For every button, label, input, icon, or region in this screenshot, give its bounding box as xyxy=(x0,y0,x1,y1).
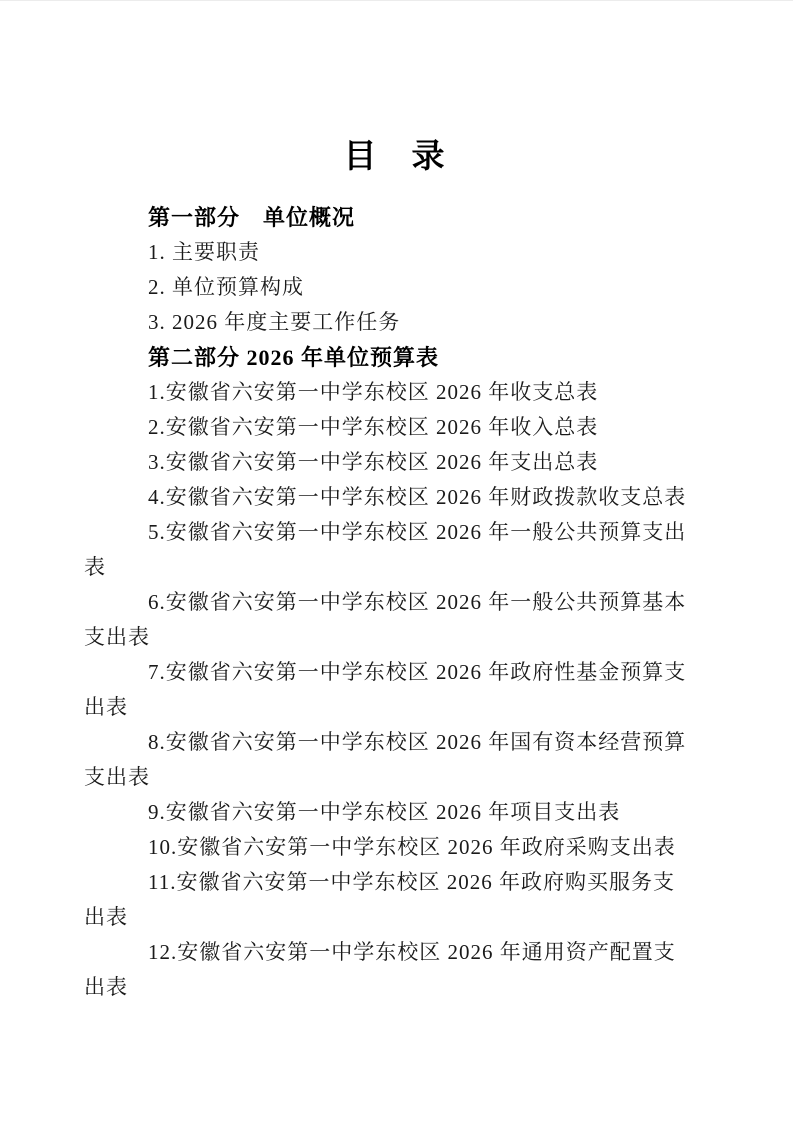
toc-line: 12.安徽省六安第一中学东校区 2026 年通用资产配置支 xyxy=(84,935,705,970)
toc-line: 支出表 xyxy=(84,620,705,655)
toc-item: 3.安徽省六安第一中学东校区 2026 年支出总表 xyxy=(84,445,705,480)
toc-item: 10.安徽省六安第一中学东校区 2026 年政府采购支出表 xyxy=(84,830,705,865)
table-of-contents: 第一部分 单位概况1. 主要职责2. 单位预算构成3. 2026 年度主要工作任… xyxy=(84,200,705,1005)
toc-line: 11.安徽省六安第一中学东校区 2026 年政府购买服务支 xyxy=(84,865,705,900)
toc-item: 2.安徽省六安第一中学东校区 2026 年收入总表 xyxy=(84,410,705,445)
toc-item: 3. 2026 年度主要工作任务 xyxy=(84,305,705,340)
section-heading: 第二部分 2026 年单位预算表 xyxy=(84,340,705,375)
toc-line: 出表 xyxy=(84,690,705,725)
toc-line: 支出表 xyxy=(84,760,705,795)
toc-line: 1.安徽省六安第一中学东校区 2026 年收支总表 xyxy=(84,375,705,410)
toc-item: 4.安徽省六安第一中学东校区 2026 年财政拨款收支总表 xyxy=(84,480,705,515)
toc-item: 5.安徽省六安第一中学东校区 2026 年一般公共预算支出表 xyxy=(84,515,705,585)
section-heading: 第一部分 单位概况 xyxy=(84,200,705,235)
toc-line: 7.安徽省六安第一中学东校区 2026 年政府性基金预算支 xyxy=(84,655,705,690)
toc-item: 1. 主要职责 xyxy=(84,235,705,270)
toc-item: 8.安徽省六安第一中学东校区 2026 年国有资本经营预算支出表 xyxy=(84,725,705,795)
toc-item: 12.安徽省六安第一中学东校区 2026 年通用资产配置支出表 xyxy=(84,935,705,1005)
toc-line: 4.安徽省六安第一中学东校区 2026 年财政拨款收支总表 xyxy=(84,480,705,515)
toc-item: 11.安徽省六安第一中学东校区 2026 年政府购买服务支出表 xyxy=(84,865,705,935)
toc-item: 1.安徽省六安第一中学东校区 2026 年收支总表 xyxy=(84,375,705,410)
page-title: 目 录 xyxy=(84,137,705,178)
document-page: 目 录 第一部分 单位概况1. 主要职责2. 单位预算构成3. 2026 年度主… xyxy=(0,137,793,1005)
toc-item: 9.安徽省六安第一中学东校区 2026 年项目支出表 xyxy=(84,795,705,830)
toc-line: 6.安徽省六安第一中学东校区 2026 年一般公共预算基本 xyxy=(84,585,705,620)
toc-line: 8.安徽省六安第一中学东校区 2026 年国有资本经营预算 xyxy=(84,725,705,760)
page-top-edge xyxy=(0,0,793,1)
toc-line: 3. 2026 年度主要工作任务 xyxy=(84,305,705,340)
toc-line: 2. 单位预算构成 xyxy=(84,270,705,305)
toc-line: 1. 主要职责 xyxy=(84,235,705,270)
toc-item: 6.安徽省六安第一中学东校区 2026 年一般公共预算基本支出表 xyxy=(84,585,705,655)
toc-line: 9.安徽省六安第一中学东校区 2026 年项目支出表 xyxy=(84,795,705,830)
toc-line: 2.安徽省六安第一中学东校区 2026 年收入总表 xyxy=(84,410,705,445)
toc-line: 出表 xyxy=(84,900,705,935)
toc-item: 2. 单位预算构成 xyxy=(84,270,705,305)
toc-line: 3.安徽省六安第一中学东校区 2026 年支出总表 xyxy=(84,445,705,480)
toc-line: 10.安徽省六安第一中学东校区 2026 年政府采购支出表 xyxy=(84,830,705,865)
toc-line: 表 xyxy=(84,550,705,585)
toc-item: 7.安徽省六安第一中学东校区 2026 年政府性基金预算支出表 xyxy=(84,655,705,725)
toc-line: 出表 xyxy=(84,970,705,1005)
toc-line: 5.安徽省六安第一中学东校区 2026 年一般公共预算支出 xyxy=(84,515,705,550)
